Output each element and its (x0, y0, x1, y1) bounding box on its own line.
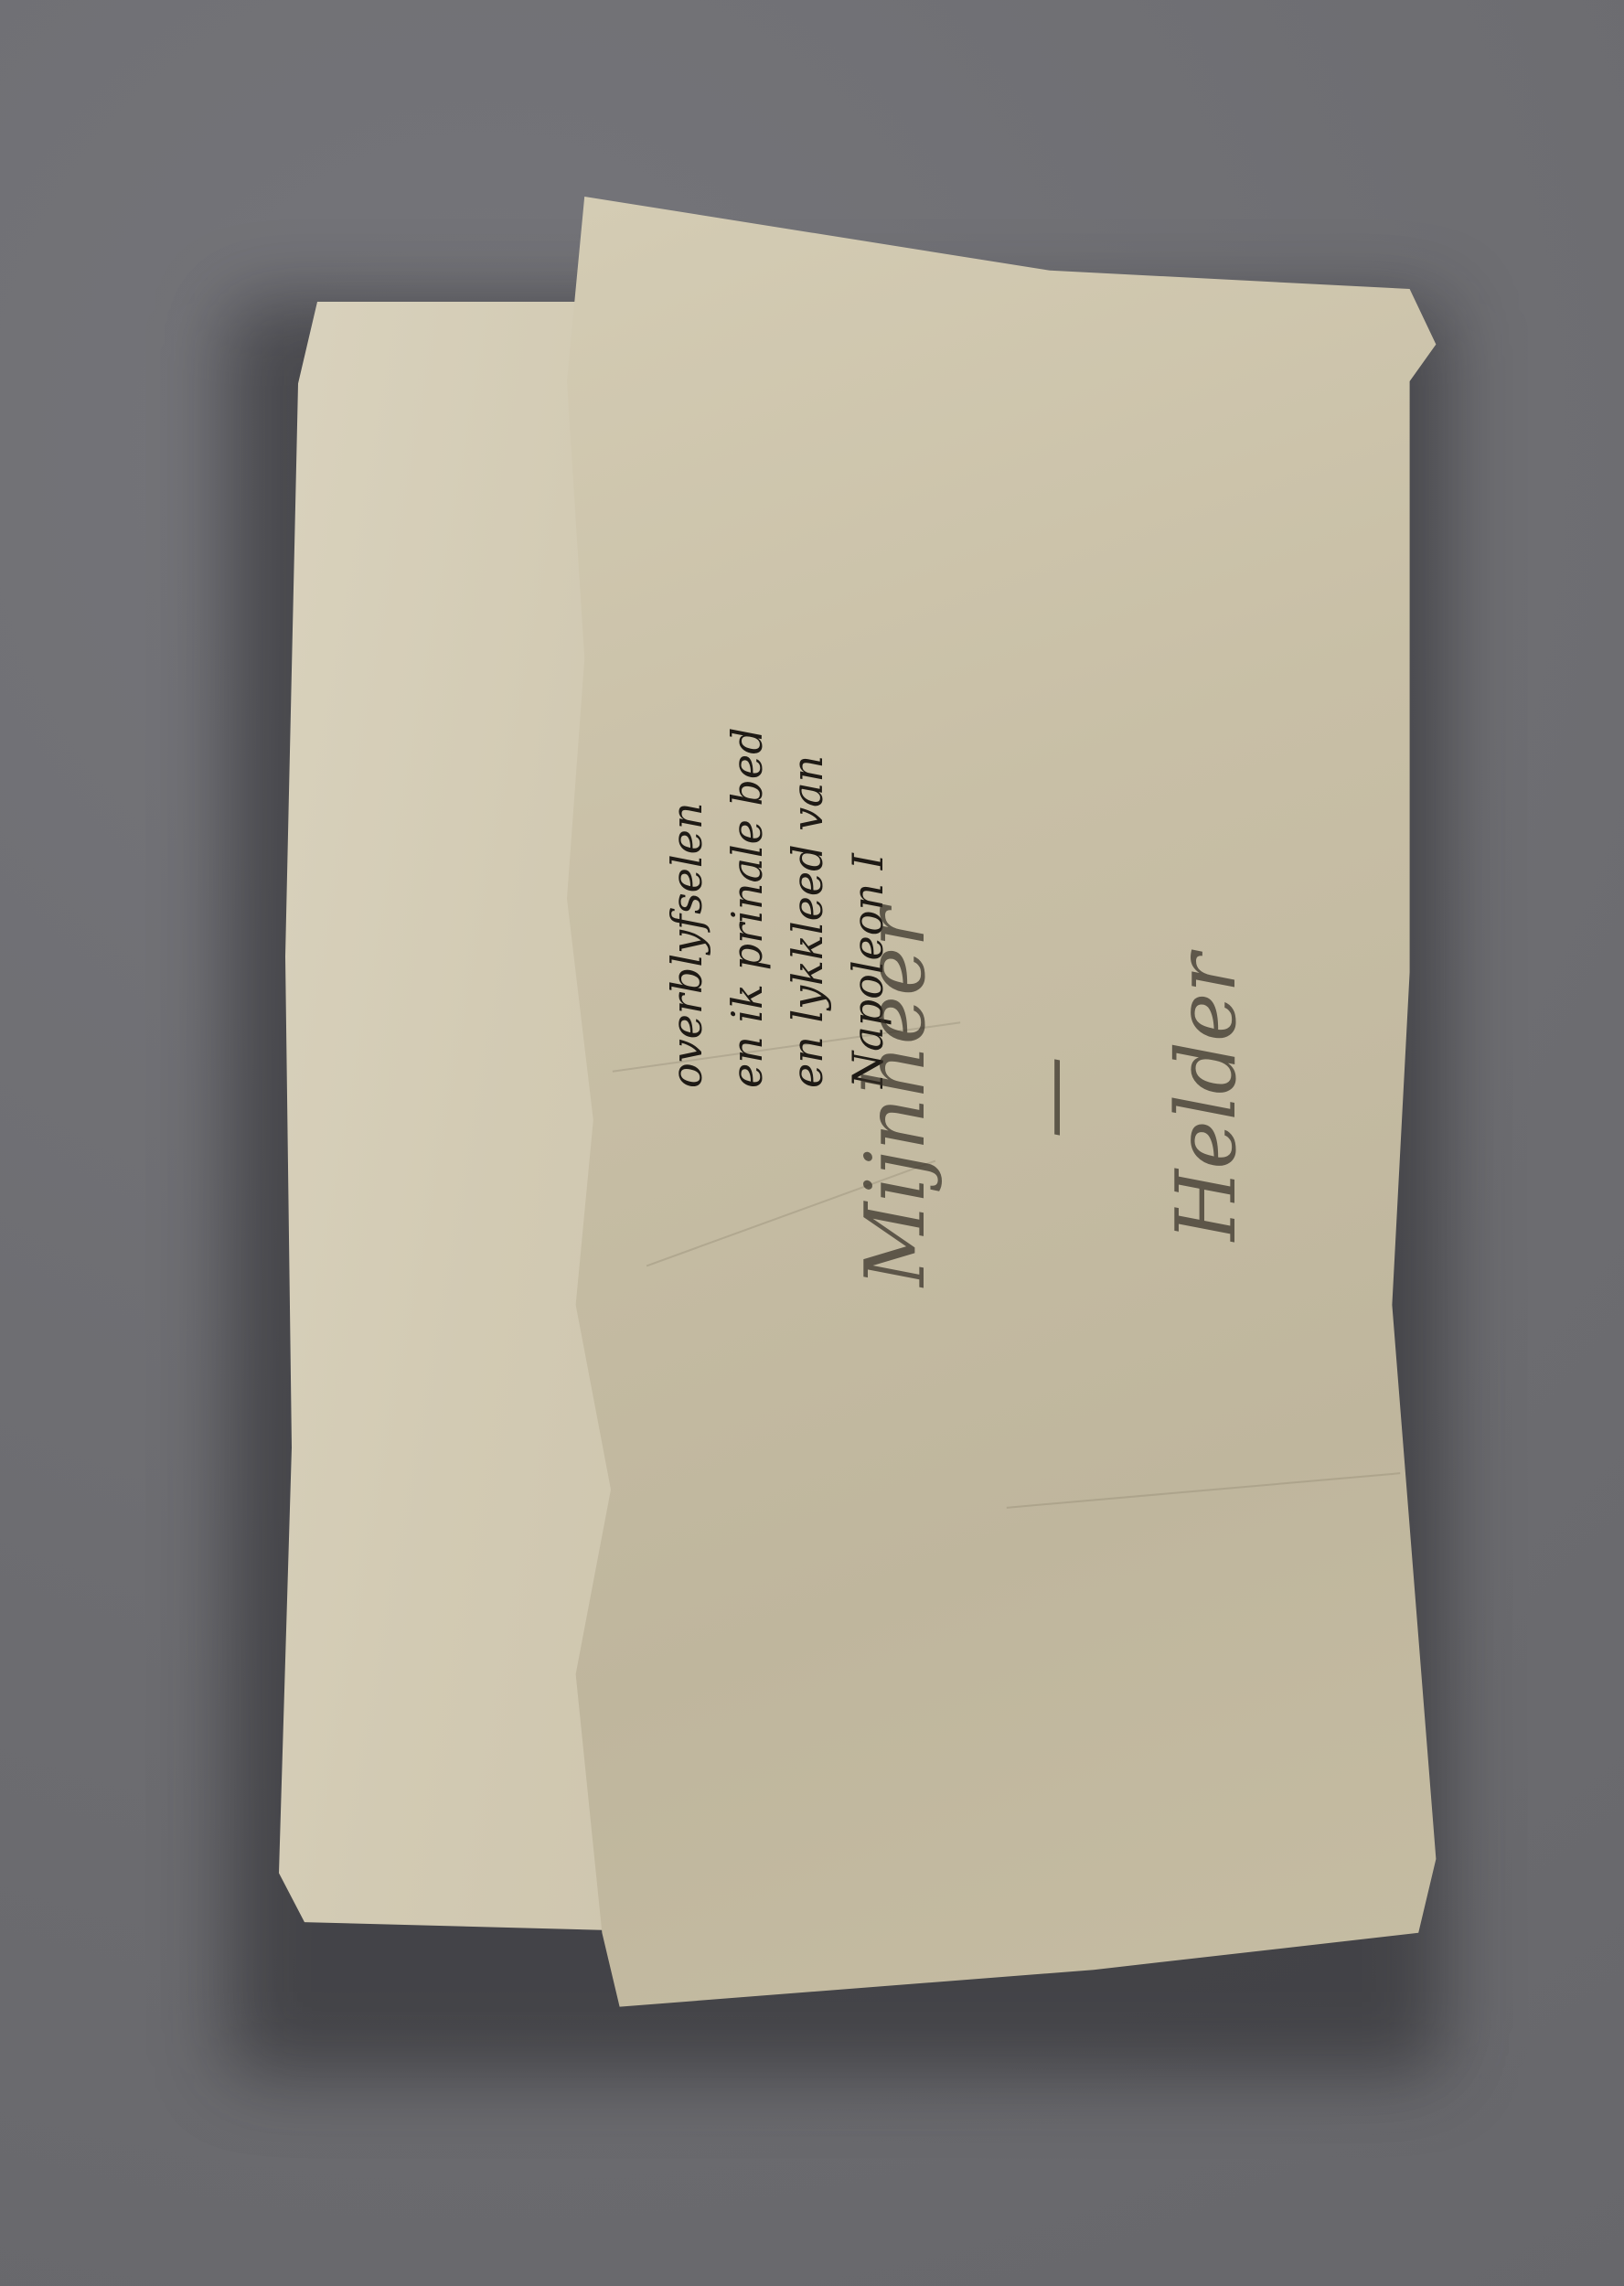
handwritten-address: Mijnheer — Helder (860, 732, 1244, 1463)
inscription-line: en ik prinale bed (717, 430, 777, 1088)
address-line: Mijnheer (818, 732, 974, 1463)
inscription-line: overblyfselen (657, 430, 717, 1088)
paper-crease (1007, 1472, 1401, 1509)
address-line: Helder (1129, 732, 1285, 1463)
address-line: — (974, 732, 1129, 1463)
